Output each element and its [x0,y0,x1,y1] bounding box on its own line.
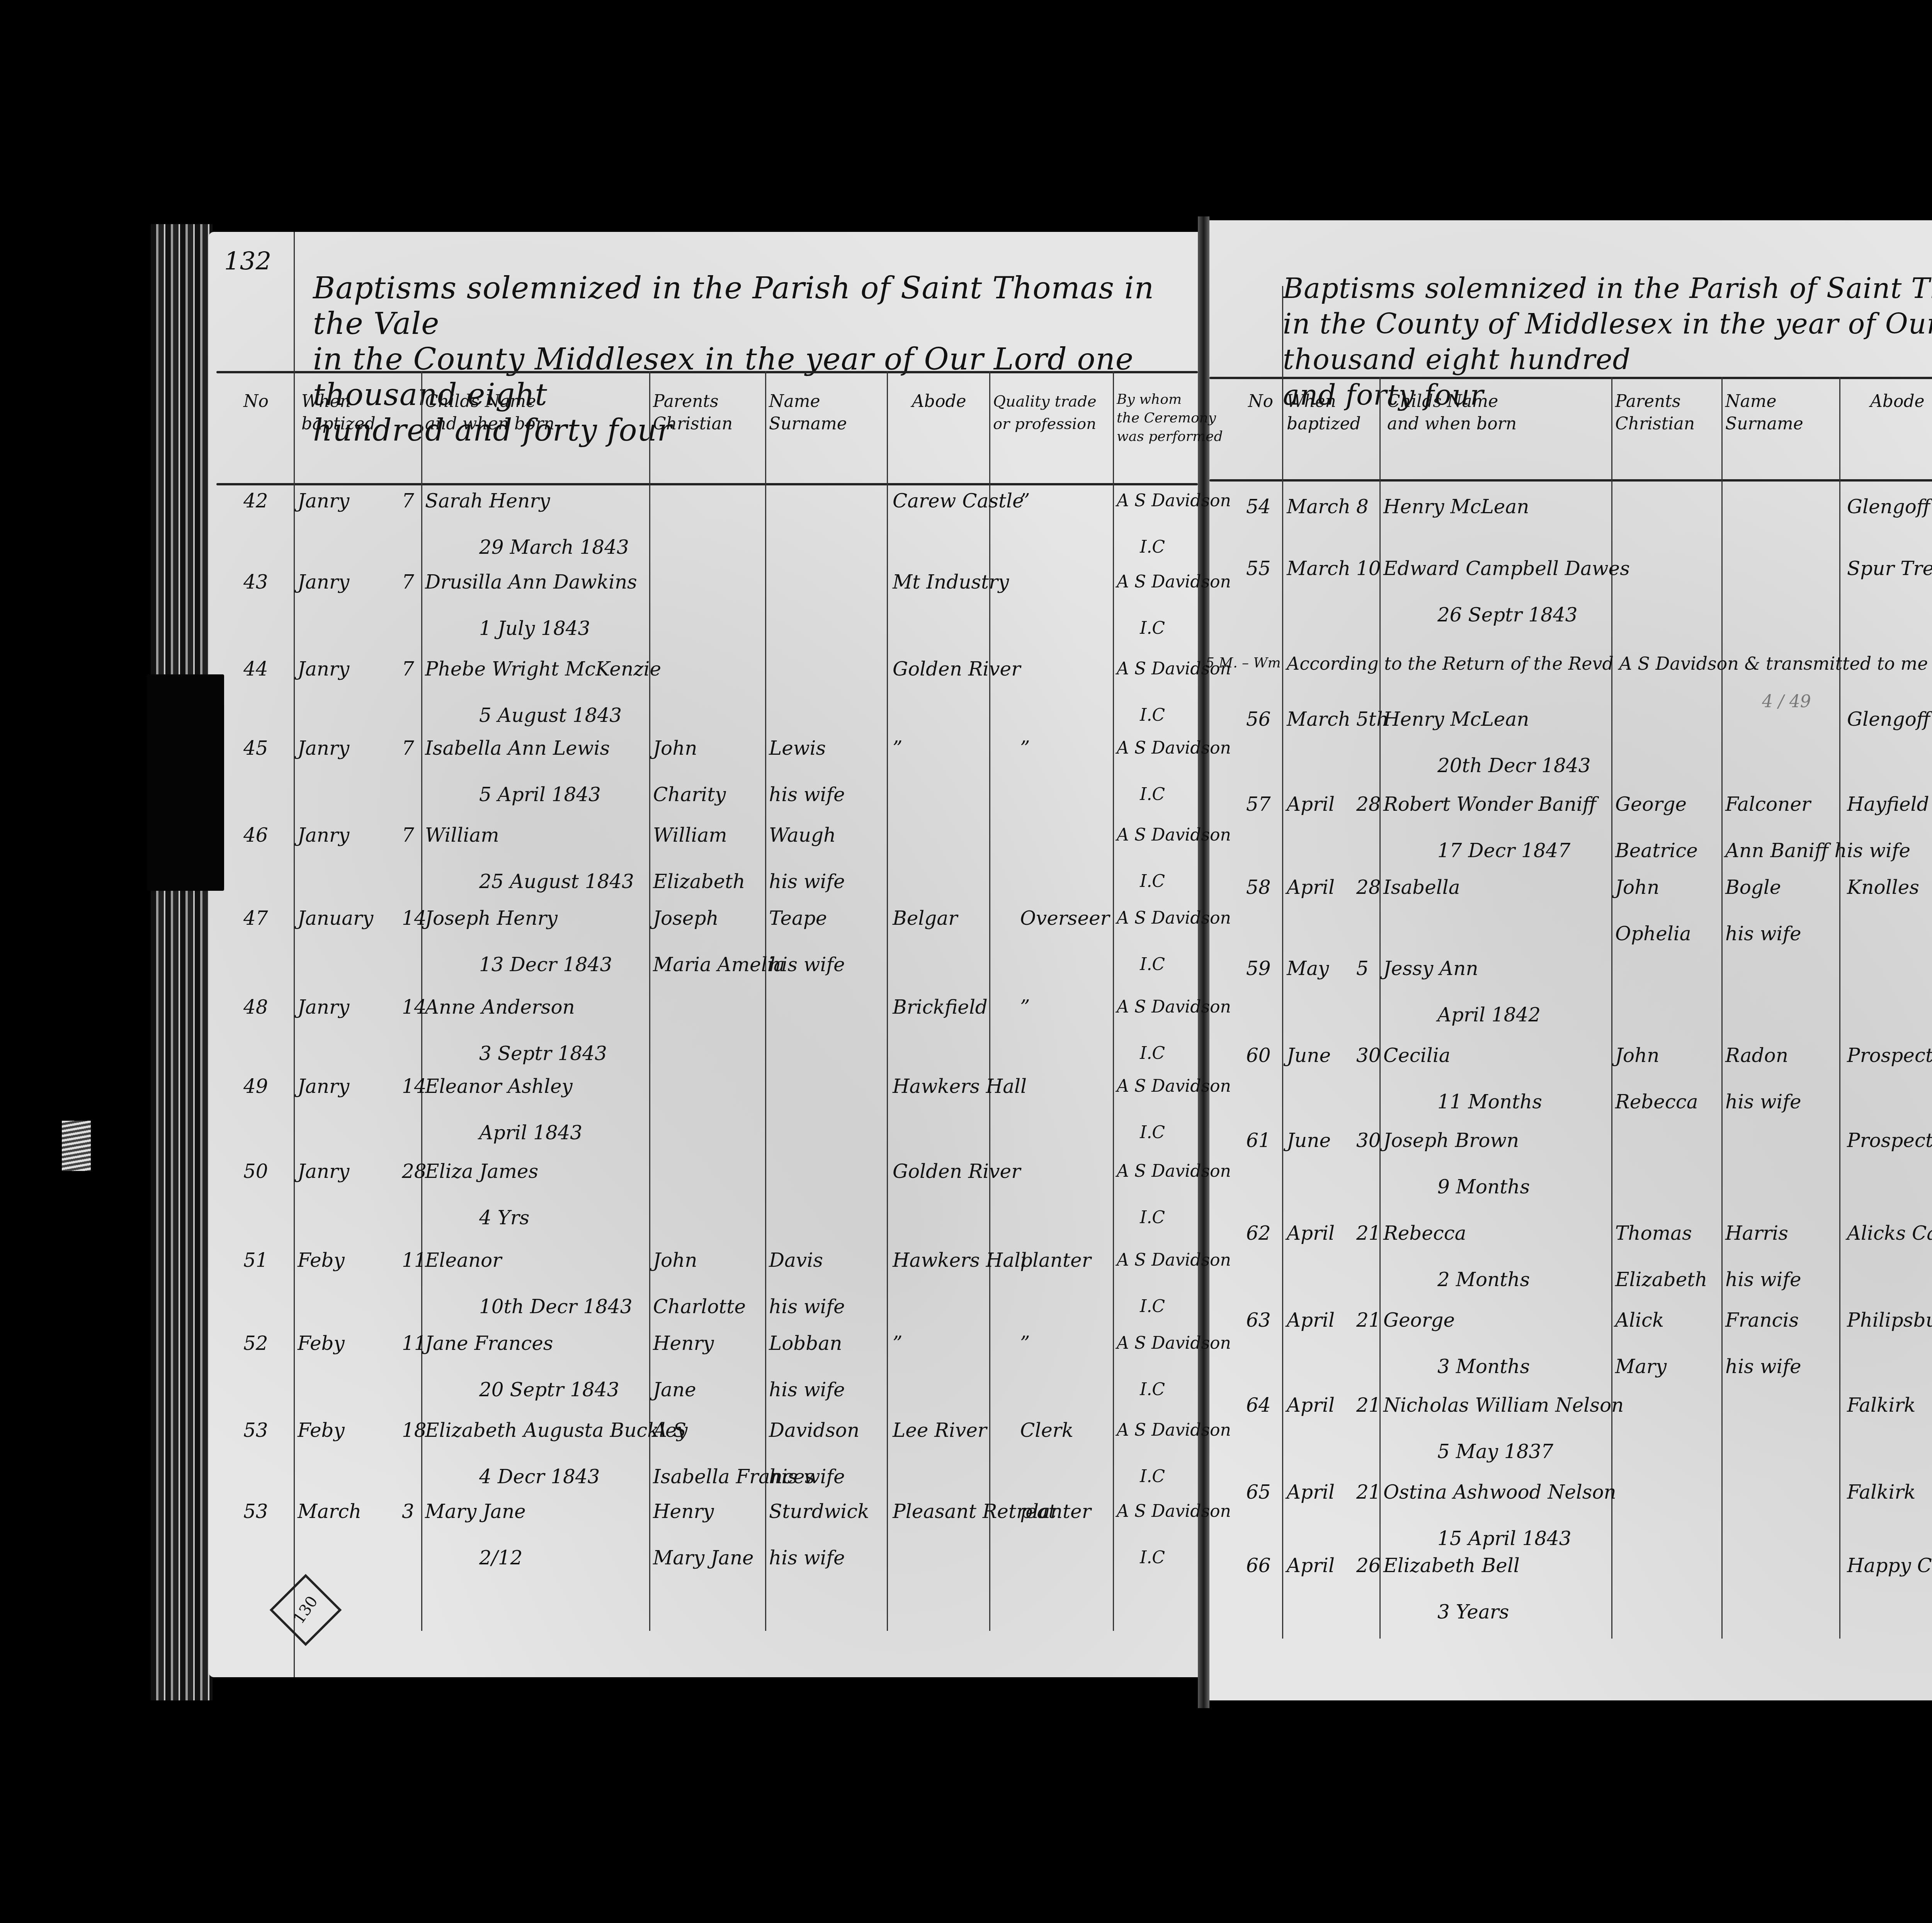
child-name: Joseph Henry [425,906,558,930]
entry-number: 44 [243,657,268,681]
quality-trade: ” [1020,1331,1030,1355]
surname-note: his wife [769,1378,845,1402]
bookmark-tab [147,674,224,891]
baptism-day: 7 [402,489,414,513]
baptism-day: 21 [1356,1393,1381,1417]
officiant-title: I.C [1140,953,1165,977]
surname-note: his wife [1725,922,1801,946]
officiant-title: I.C [1140,1295,1165,1319]
child-name: Elizabeth Bell [1383,1554,1520,1578]
father-christian-name: Alick [1615,1308,1664,1332]
abode: Philipsburgh [1847,1308,1932,1332]
baptism-day: 5 [1356,956,1369,980]
officiant-title: I.C [1140,616,1165,640]
abode: Prospect [1847,1043,1932,1067]
parents-surname: Sturdwick [769,1499,869,1523]
baptism-day: 18 [402,1418,427,1442]
abode: Prospect [1847,1128,1932,1152]
surname-note: his wife [1725,1090,1801,1114]
baptism-month: March [298,1499,361,1523]
surname-note: his wife [769,1546,845,1570]
officiant: A S Davidson [1117,1499,1231,1523]
father-christian-name: John [653,1248,697,1272]
birth-date: 5 April 1843 [479,783,601,807]
entry-number: 58 [1246,875,1271,899]
baptism-month: April [1287,1480,1335,1504]
quality-trade: Overseer [1020,906,1109,930]
father-christian-name: Henry [653,1331,714,1355]
column-rule [1282,286,1283,1639]
baptism-month: April [1287,1393,1335,1417]
abode: Hawkers Hall [893,1074,1027,1098]
officiant: A S Davidson [1117,1159,1231,1183]
mother-christian-name: Mary [1615,1355,1667,1378]
child-name: Isabella Ann Lewis [425,736,610,760]
birth-date: 20th Decr 1843 [1437,754,1591,778]
parents-surname: Davis [769,1248,823,1272]
entry-number: 55 [1246,556,1271,580]
parents-surname: Francis [1725,1308,1799,1332]
birth-date: 5 August 1843 [479,703,622,727]
col-header-parents-christian: Parents Christian [1615,390,1695,435]
baptism-month: Janry [298,570,349,594]
pencil-note: 4 / 49 [1762,692,1811,711]
col-header-parents-surname: Name Surname [769,390,847,435]
birth-date: 2 Months [1437,1268,1530,1292]
baptism-month: April [1287,1308,1335,1332]
child-name: Joseph Brown [1383,1128,1519,1152]
child-name: Cecilia [1383,1043,1451,1067]
abode: Falkirk [1847,1480,1916,1504]
column-rule [765,371,766,1631]
mother-christian-name: Beatrice [1615,839,1698,863]
quality-trade: ” [1020,489,1030,513]
child-name: Henry McLean [1383,495,1529,519]
entry-number: 61 [1246,1128,1271,1152]
surname-note: his wife [1725,1355,1801,1378]
child-name: William [425,823,499,847]
birth-date: 9 Months [1437,1175,1530,1199]
col-header-when-baptized: When baptized [1287,390,1361,435]
baptism-day: 21 [1356,1221,1381,1245]
birth-date: 1 July 1843 [479,616,590,640]
father-christian-name: Joseph [653,906,719,930]
baptism-month: March [1287,707,1350,731]
baptism-month: Feby [298,1331,345,1355]
surname-note: Ann Baniff his wife [1725,839,1910,863]
child-name: Mary Jane [425,1499,526,1523]
baptism-month: January [298,906,373,930]
page-number: 132 [224,247,271,276]
child-name: Jane Frances [425,1331,553,1355]
baptism-month: Janry [298,995,349,1019]
abode: Spur Tree [1847,556,1932,580]
baptism-month: April [1287,875,1335,899]
birth-date: April 1843 [479,1121,582,1145]
officiant: A S Davidson [1117,570,1231,594]
mother-christian-name: Jane [653,1378,696,1402]
abode: Hawkers Hall [893,1248,1027,1272]
baptism-month: Janry [298,736,349,760]
birth-date: 4 Yrs [479,1206,529,1230]
mother-christian-name: Elizabeth [1615,1268,1708,1292]
parents-surname: Davidson [769,1418,859,1442]
child-name: Jessy Ann [1383,956,1478,980]
abode: Mt Industry [893,570,1009,594]
child-name: Ostina Ashwood Nelson [1383,1480,1616,1504]
baptism-day: 14 [402,906,427,930]
parents-surname: Lewis [769,736,826,760]
entry-number: 50 [243,1159,268,1183]
baptism-day: 14 [402,1074,427,1098]
baptism-month: Feby [298,1248,345,1272]
baptism-day: 7 [402,657,414,681]
baptism-month: Janry [298,1074,349,1098]
column-rule [887,371,888,1631]
baptism-month: Janry [298,657,349,681]
entry-number: 43 [243,570,268,594]
abode: ” [893,1331,903,1355]
stamp-number: 130 [290,1593,321,1627]
return-annotation: According to the Return of the Revd A S … [1287,653,1932,674]
father-christian-name: George [1615,792,1687,816]
birth-date: 15 April 1843 [1437,1526,1571,1550]
child-name: Eliza James [425,1159,538,1183]
baptism-month: June [1287,1128,1331,1152]
baptism-day: 21 [1356,1308,1381,1332]
surname-note: his wife [769,1295,845,1319]
officiant-title: I.C [1140,1041,1165,1065]
officiant: A S Davidson [1117,736,1231,760]
baptism-month: Janry [298,1159,349,1183]
mother-christian-name: Ophelia [1615,922,1691,946]
header-bottom-rule [1209,479,1932,482]
abode: Carew Castle [893,489,1024,513]
officiant-title: I.C [1140,783,1165,807]
abode: Golden River [893,1159,1020,1183]
father-christian-name: John [1615,875,1660,899]
parents-surname: Harris [1725,1221,1788,1245]
margin-note: 5 M. – Wm [1206,655,1281,671]
col-header-child-name: Childs Name and when born [425,390,554,435]
officiant-title: I.C [1140,870,1165,893]
birth-date: 3 Months [1437,1355,1530,1378]
abode: Golden River [893,657,1020,681]
father-christian-name: A S [653,1418,686,1442]
baptism-month: Feby [298,1418,345,1442]
officiant-title: I.C [1140,1121,1165,1145]
baptism-month: March [1287,556,1350,580]
entry-number: 62 [1246,1221,1271,1245]
col-header-when-baptized: When baptized [301,390,376,435]
child-name: Drusilla Ann Dawkins [425,570,637,594]
entry-number: 54 [1246,495,1271,519]
father-christian-name: William [653,823,727,847]
entry-number: 56 [1246,707,1271,731]
birth-date: 10th Decr 1843 [479,1295,633,1319]
father-christian-name: John [653,736,697,760]
col-header-by-whom: By whom the Ceremony was performed [1117,390,1223,446]
column-rule [294,232,295,1677]
baptism-month: April [1287,1221,1335,1245]
father-christian-name: John [1615,1043,1660,1067]
officiant: A S Davidson [1117,489,1231,513]
baptism-day: 26 [1356,1554,1381,1578]
entry-number: 66 [1246,1554,1271,1578]
birth-date: 29 March 1843 [479,535,629,559]
column-rule [1113,371,1114,1631]
entry-number: 47 [243,906,268,930]
baptism-day: 10 [1356,556,1381,580]
baptism-day: 7 [402,736,414,760]
baptism-day: 28 [402,1159,427,1183]
entry-number: 49 [243,1074,268,1098]
surname-note: his wife [769,783,845,807]
column-rule [989,371,990,1631]
title-line-1: Baptisms solemnized in the Parish of Sai… [1283,271,1932,306]
child-name: Rebecca [1383,1221,1466,1245]
entry-number: 45 [243,736,268,760]
baptism-day: 8 [1356,495,1369,519]
birth-date: April 1842 [1437,1003,1541,1027]
entry-number: 48 [243,995,268,1019]
header-top-rule [216,371,1198,373]
entry-number: 42 [243,489,268,513]
birth-date: 3 Years [1437,1600,1509,1624]
surname-note: his wife [769,1465,845,1489]
birth-date: 25 August 1843 [479,870,634,893]
col-header-parents-surname: Name Surname [1725,390,1803,435]
surname-note: his wife [769,870,845,893]
col-header-parents-christian: Parents Christian [653,390,733,435]
child-name: Robert Wonder Baniff [1383,792,1596,816]
abode: Knolles [1847,875,1919,899]
baptism-day: 28 [1356,792,1381,816]
abode: Brickfield [893,995,988,1019]
officiant-title: I.C [1140,1206,1165,1230]
title-line-2: in the County of Middlesex in the year o… [1283,306,1932,377]
baptism-day: 7 [402,570,414,594]
entry-number: 46 [243,823,268,847]
baptism-month: Janry [298,489,349,513]
baptism-month: Janry [298,823,349,847]
officiant: A S Davidson [1117,1248,1231,1272]
child-name: Isabella [1383,875,1460,899]
birth-date: 5 May 1837 [1437,1440,1553,1464]
parents-surname: Falconer [1725,792,1811,816]
baptism-day: 14 [402,995,427,1019]
baptism-month: March [1287,495,1350,519]
page-edges-left [151,224,213,1700]
officiant-title: I.C [1140,1378,1165,1402]
child-name: Edward Campbell Dawes [1383,556,1630,580]
entry-number: 53 [243,1499,268,1523]
child-name: Eleanor Ashley [425,1074,573,1098]
child-name: Henry McLean [1383,707,1529,731]
column-rule [1839,377,1840,1639]
baptism-month: May [1287,956,1329,980]
quality-trade: planter [1020,1499,1091,1523]
father-christian-name: Henry [653,1499,714,1523]
baptism-month: April [1287,792,1335,816]
quality-trade: ” [1020,995,1030,1019]
mother-christian-name: Charity [653,783,726,807]
col-header-abode: Abode [912,390,966,413]
officiant: A S Davidson [1117,1074,1231,1098]
quality-trade: Clerk [1020,1418,1073,1442]
parents-surname: Teape [769,906,827,930]
baptism-day: 7 [402,823,414,847]
quality-trade: planter [1020,1248,1091,1272]
mother-christian-name: Rebecca [1615,1090,1698,1114]
birth-date: 11 Months [1437,1090,1542,1114]
officiant-title: I.C [1140,703,1165,727]
officiant-title: I.C [1140,535,1165,559]
father-christian-name: Thomas [1615,1221,1692,1245]
header-bottom-rule [216,483,1198,485]
birth-date: 17 Decr 1847 [1437,839,1570,863]
abode: ” [893,736,903,760]
child-name: Anne Anderson [425,995,575,1019]
baptism-month: June [1287,1043,1331,1067]
title-line-1: Baptisms solemnized in the Parish of Sai… [313,271,1194,342]
abode: Hayfield [1847,792,1929,816]
surname-note: his wife [1725,1268,1801,1292]
abode: Belgar [893,906,957,930]
baptism-day: 30 [1356,1043,1381,1067]
baptism-day: 21 [1356,1480,1381,1504]
child-name: Nicholas William Nelson [1383,1393,1624,1417]
abode: Lee River [893,1418,987,1442]
abode: Alicks Castle [1847,1221,1932,1245]
officiant: A S Davidson [1117,1418,1231,1442]
entry-number: 59 [1246,956,1271,980]
entry-number: 63 [1246,1308,1271,1332]
birth-date: 13 Decr 1843 [479,953,612,977]
surname-note: his wife [769,953,845,977]
quality-trade: ” [1020,736,1030,760]
baptism-day: 11 [402,1331,427,1355]
entry-number: 60 [1246,1043,1271,1067]
officiant-title: I.C [1140,1546,1165,1570]
birth-date: 20 Septr 1843 [479,1378,619,1402]
entry-number: 51 [243,1248,268,1272]
child-name: Eleanor [425,1248,502,1272]
entry-number: 65 [1246,1480,1271,1504]
child-name: George [1383,1308,1455,1332]
abode: Happy Content [1847,1554,1932,1578]
officiant-title: I.C [1140,1465,1165,1489]
entry-number: 52 [243,1331,268,1355]
abode: Glengoff [1847,495,1930,519]
parents-surname: Bogle [1725,875,1781,899]
child-name: Sarah Henry [425,489,550,513]
col-header-abode: Abode [1870,390,1925,413]
mother-christian-name: Charlotte [653,1295,746,1319]
col-header-no: No [243,390,269,413]
child-name: Elizabeth Augusta Buckley [425,1418,687,1442]
parents-surname: Waugh [769,823,836,847]
officiant: A S Davidson [1117,823,1231,847]
officiant: A S Davidson [1117,1331,1231,1355]
col-header-quality: Quality trade or profession [993,390,1097,435]
officiant: A S Davidson [1117,995,1231,1019]
baptism-day: 28 [1356,875,1381,899]
entry-number: 57 [1246,792,1271,816]
entry-number: 64 [1246,1393,1271,1417]
child-name: Phebe Wright McKenzie [425,657,661,681]
parents-surname: Lobban [769,1331,842,1355]
birth-date: 2/12 [479,1546,522,1570]
baptism-day: 3 [402,1499,414,1523]
baptism-month: April [1287,1554,1335,1578]
mother-christian-name: Elizabeth [653,870,745,893]
col-header-no: No [1248,390,1273,413]
abode: Falkirk [1847,1393,1916,1417]
officiant: A S Davidson [1117,906,1231,930]
parents-surname: Radon [1725,1043,1788,1067]
birth-date: 26 Septr 1843 [1437,603,1578,627]
entry-number: 53 [243,1418,268,1442]
column-rule [1721,377,1723,1639]
mother-christian-name: Mary Jane [653,1546,754,1570]
abode: Glengoff [1847,707,1930,731]
baptism-day: 30 [1356,1128,1381,1152]
col-header-child-name: Childs Name and when born [1387,390,1517,435]
header-top-rule [1209,377,1932,379]
baptism-day: 11 [402,1248,427,1272]
mother-christian-name: Maria Amelia [653,953,785,977]
birth-date: 3 Septr 1843 [479,1041,607,1065]
birth-date: 4 Decr 1843 [479,1465,600,1489]
paper-scrap [62,1121,91,1171]
